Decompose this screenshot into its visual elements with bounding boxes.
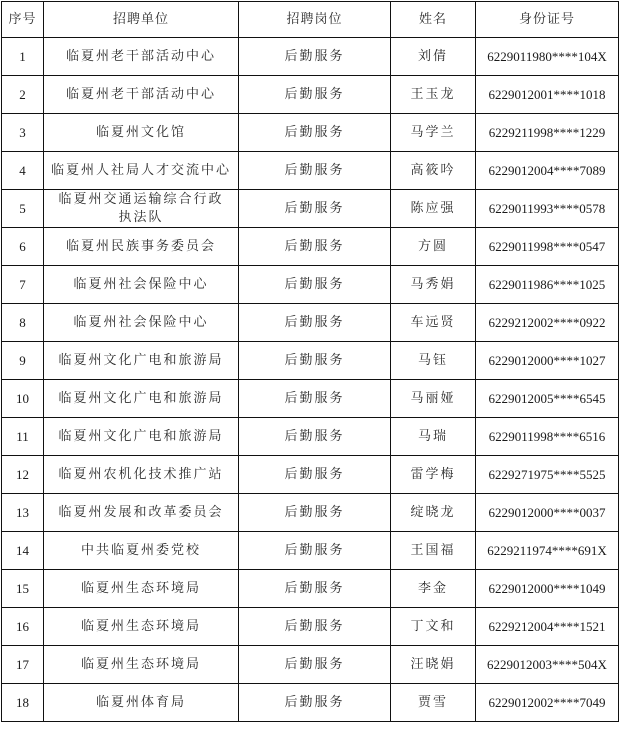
cell-id-number: 6229011998****0547: [476, 228, 619, 266]
table-row: 7 临夏州社会保险中心 后勤服务 马秀娟 6229011986****1025: [2, 266, 619, 304]
cell-name: 王国福: [391, 532, 476, 570]
cell-serial-number: 4: [2, 152, 44, 190]
cell-recruiting-unit: 临夏州农机化技术推广站: [44, 456, 239, 494]
table-row: 17 临夏州生态环境局 后勤服务 汪晓娟 6229012003****504X: [2, 646, 619, 684]
cell-id-number: 6229012005****6545: [476, 380, 619, 418]
cell-name: 雷学梅: [391, 456, 476, 494]
cell-id-number: 6229012000****1049: [476, 570, 619, 608]
cell-recruiting-unit: 临夏州社会保险中心: [44, 304, 239, 342]
cell-recruiting-post: 后勤服务: [239, 304, 391, 342]
cell-recruiting-post: 后勤服务: [239, 76, 391, 114]
cell-name: 高筱吟: [391, 152, 476, 190]
cell-recruiting-post: 后勤服务: [239, 114, 391, 152]
cell-name: 李金: [391, 570, 476, 608]
table-row: 2 临夏州老干部活动中心 后勤服务 王玉龙 6229012001****1018: [2, 76, 619, 114]
cell-serial-number: 9: [2, 342, 44, 380]
cell-id-number: 6229012003****504X: [476, 646, 619, 684]
cell-id-number: 6229211974****691X: [476, 532, 619, 570]
cell-serial-number: 17: [2, 646, 44, 684]
table-row: 9 临夏州文化广电和旅游局 后勤服务 马钰 6229012000****1027: [2, 342, 619, 380]
cell-name: 刘倩: [391, 38, 476, 76]
cell-name: 方圆: [391, 228, 476, 266]
cell-recruiting-unit: 临夏州文化广电和旅游局: [44, 380, 239, 418]
cell-recruiting-post: 后勤服务: [239, 380, 391, 418]
table-row: 13 临夏州发展和改革委员会 后勤服务 绽晓龙 6229012000****00…: [2, 494, 619, 532]
table-row: 16 临夏州生态环境局 后勤服务 丁文和 6229212004****1521: [2, 608, 619, 646]
cell-recruiting-unit: 临夏州发展和改革委员会: [44, 494, 239, 532]
cell-name: 车远贤: [391, 304, 476, 342]
cell-serial-number: 6: [2, 228, 44, 266]
cell-recruiting-post: 后勤服务: [239, 152, 391, 190]
table-row: 14 中共临夏州委党校 后勤服务 王国福 6229211974****691X: [2, 532, 619, 570]
cell-id-number: 6229011993****0578: [476, 190, 619, 228]
cell-recruiting-unit: 临夏州人社局人才交流中心: [44, 152, 239, 190]
cell-id-number: 6229011980****104X: [476, 38, 619, 76]
cell-recruiting-unit: 临夏州生态环境局: [44, 570, 239, 608]
cell-name: 陈应强: [391, 190, 476, 228]
cell-recruiting-post: 后勤服务: [239, 684, 391, 722]
cell-serial-number: 3: [2, 114, 44, 152]
cell-id-number: 6229271975****5525: [476, 456, 619, 494]
cell-recruiting-unit: 临夏州交通运输综合行政执法队: [44, 190, 239, 228]
cell-recruiting-post: 后勤服务: [239, 608, 391, 646]
cell-name: 马丽娅: [391, 380, 476, 418]
table-row: 18 临夏州体育局 后勤服务 贾雪 6229012002****7049: [2, 684, 619, 722]
cell-name: 马学兰: [391, 114, 476, 152]
table-row: 6 临夏州民族事务委员会 后勤服务 方圆 6229011998****0547: [2, 228, 619, 266]
cell-serial-number: 11: [2, 418, 44, 456]
cell-name: 绽晓龙: [391, 494, 476, 532]
cell-name: 马钰: [391, 342, 476, 380]
cell-recruiting-unit: 临夏州文化馆: [44, 114, 239, 152]
table-row: 5 临夏州交通运输综合行政执法队 后勤服务 陈应强 6229011993****…: [2, 190, 619, 228]
cell-name: 王玉龙: [391, 76, 476, 114]
cell-serial-number: 15: [2, 570, 44, 608]
cell-recruiting-post: 后勤服务: [239, 38, 391, 76]
cell-recruiting-post: 后勤服务: [239, 266, 391, 304]
cell-recruiting-post: 后勤服务: [239, 456, 391, 494]
table-row: 12 临夏州农机化技术推广站 后勤服务 雷学梅 6229271975****55…: [2, 456, 619, 494]
header-id-number: 身份证号: [476, 2, 619, 38]
header-name: 姓名: [391, 2, 476, 38]
cell-id-number: 6229011986****1025: [476, 266, 619, 304]
table-row: 4 临夏州人社局人才交流中心 后勤服务 高筱吟 6229012004****70…: [2, 152, 619, 190]
recruitment-roster-table: 序号 招聘单位 招聘岗位 姓名 身份证号 1 临夏州老干部活动中心 后勤服务 刘…: [1, 1, 619, 722]
cell-recruiting-post: 后勤服务: [239, 494, 391, 532]
cell-serial-number: 10: [2, 380, 44, 418]
cell-recruiting-post: 后勤服务: [239, 646, 391, 684]
cell-id-number: 6229212004****1521: [476, 608, 619, 646]
cell-id-number: 6229012000****0037: [476, 494, 619, 532]
cell-recruiting-unit: 临夏州社会保险中心: [44, 266, 239, 304]
cell-serial-number: 7: [2, 266, 44, 304]
table-row: 11 临夏州文化广电和旅游局 后勤服务 马瑞 6229011998****651…: [2, 418, 619, 456]
cell-recruiting-post: 后勤服务: [239, 418, 391, 456]
cell-recruiting-post: 后勤服务: [239, 342, 391, 380]
header-recruiting-unit: 招聘单位: [44, 2, 239, 38]
cell-id-number: 6229012004****7089: [476, 152, 619, 190]
header-row: 序号 招聘单位 招聘岗位 姓名 身份证号: [2, 2, 619, 38]
cell-id-number: 6229012000****1027: [476, 342, 619, 380]
cell-id-number: 6229012001****1018: [476, 76, 619, 114]
cell-recruiting-unit: 临夏州生态环境局: [44, 646, 239, 684]
cell-serial-number: 2: [2, 76, 44, 114]
cell-recruiting-unit: 临夏州老干部活动中心: [44, 38, 239, 76]
cell-recruiting-unit: 临夏州民族事务委员会: [44, 228, 239, 266]
cell-serial-number: 18: [2, 684, 44, 722]
cell-name: 贾雪: [391, 684, 476, 722]
cell-name: 丁文和: [391, 608, 476, 646]
cell-id-number: 6229211998****1229: [476, 114, 619, 152]
cell-serial-number: 8: [2, 304, 44, 342]
cell-id-number: 6229212002****0922: [476, 304, 619, 342]
cell-recruiting-post: 后勤服务: [239, 570, 391, 608]
cell-recruiting-post: 后勤服务: [239, 190, 391, 228]
cell-serial-number: 14: [2, 532, 44, 570]
cell-name: 汪晓娟: [391, 646, 476, 684]
header-serial-number: 序号: [2, 2, 44, 38]
cell-serial-number: 1: [2, 38, 44, 76]
cell-recruiting-post: 后勤服务: [239, 228, 391, 266]
cell-name: 马秀娟: [391, 266, 476, 304]
header-recruiting-post: 招聘岗位: [239, 2, 391, 38]
cell-serial-number: 13: [2, 494, 44, 532]
cell-recruiting-unit: 临夏州文化广电和旅游局: [44, 342, 239, 380]
cell-name: 马瑞: [391, 418, 476, 456]
cell-recruiting-post: 后勤服务: [239, 532, 391, 570]
cell-id-number: 6229011998****6516: [476, 418, 619, 456]
cell-serial-number: 12: [2, 456, 44, 494]
cell-serial-number: 5: [2, 190, 44, 228]
cell-id-number: 6229012002****7049: [476, 684, 619, 722]
cell-recruiting-unit: 临夏州老干部活动中心: [44, 76, 239, 114]
table-row: 15 临夏州生态环境局 后勤服务 李金 6229012000****1049: [2, 570, 619, 608]
table-row: 8 临夏州社会保险中心 后勤服务 车远贤 6229212002****0922: [2, 304, 619, 342]
cell-recruiting-unit: 临夏州体育局: [44, 684, 239, 722]
table-row: 3 临夏州文化馆 后勤服务 马学兰 6229211998****1229: [2, 114, 619, 152]
cell-serial-number: 16: [2, 608, 44, 646]
cell-recruiting-unit: 临夏州生态环境局: [44, 608, 239, 646]
cell-recruiting-unit: 中共临夏州委党校: [44, 532, 239, 570]
cell-recruiting-unit: 临夏州文化广电和旅游局: [44, 418, 239, 456]
table-row: 1 临夏州老干部活动中心 后勤服务 刘倩 6229011980****104X: [2, 38, 619, 76]
table-row: 10 临夏州文化广电和旅游局 后勤服务 马丽娅 6229012005****65…: [2, 380, 619, 418]
